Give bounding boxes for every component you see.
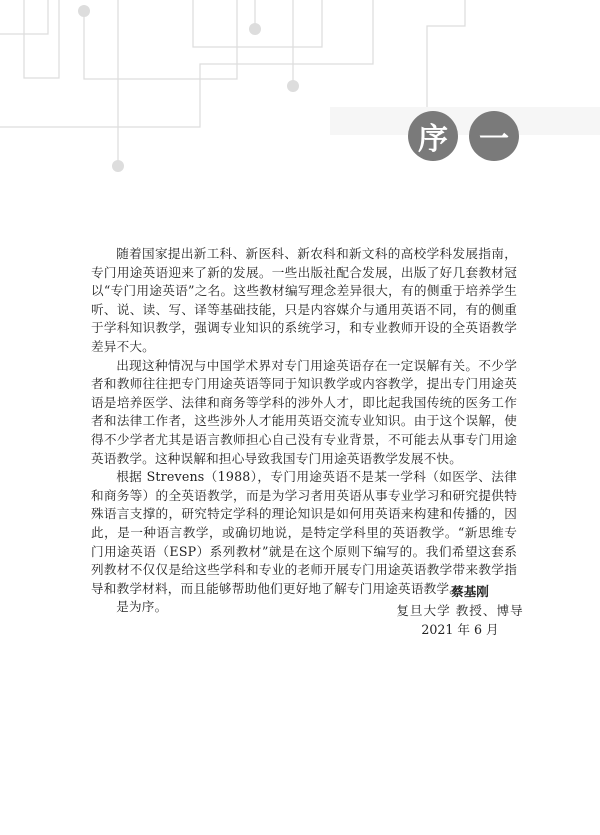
title-badge-xu: 序 <box>408 111 458 161</box>
title-band <box>330 107 600 135</box>
author-affiliation: 复旦大学 教授、博导 <box>340 601 540 620</box>
preface-body: 随着国家提出新工科、新医科、新农科和新文科的高校学科发展指南，专门用途英语迎来了… <box>91 245 517 617</box>
paragraph-3: 根据 Strevens（1988），专门用途英语不是某一学科（如医学、法律和商务… <box>91 468 517 598</box>
author-name: 蔡基刚 <box>340 582 540 601</box>
paragraph-2: 出现这种情况与中国学术界对专门用途英语存在一定误解有关。不少学者和教师往往把专门… <box>91 357 517 469</box>
paragraph-1: 随着国家提出新工科、新医科、新农科和新文科的高校学科发展指南，专门用途英语迎来了… <box>91 245 517 357</box>
decorative-circuit-lines <box>0 0 600 200</box>
signature-block: 蔡基刚 复旦大学 教授、博导 2021 年 6 月 <box>340 582 540 639</box>
signature-date: 2021 年 6 月 <box>340 620 540 639</box>
title-badge-yi: 一 <box>469 111 519 161</box>
